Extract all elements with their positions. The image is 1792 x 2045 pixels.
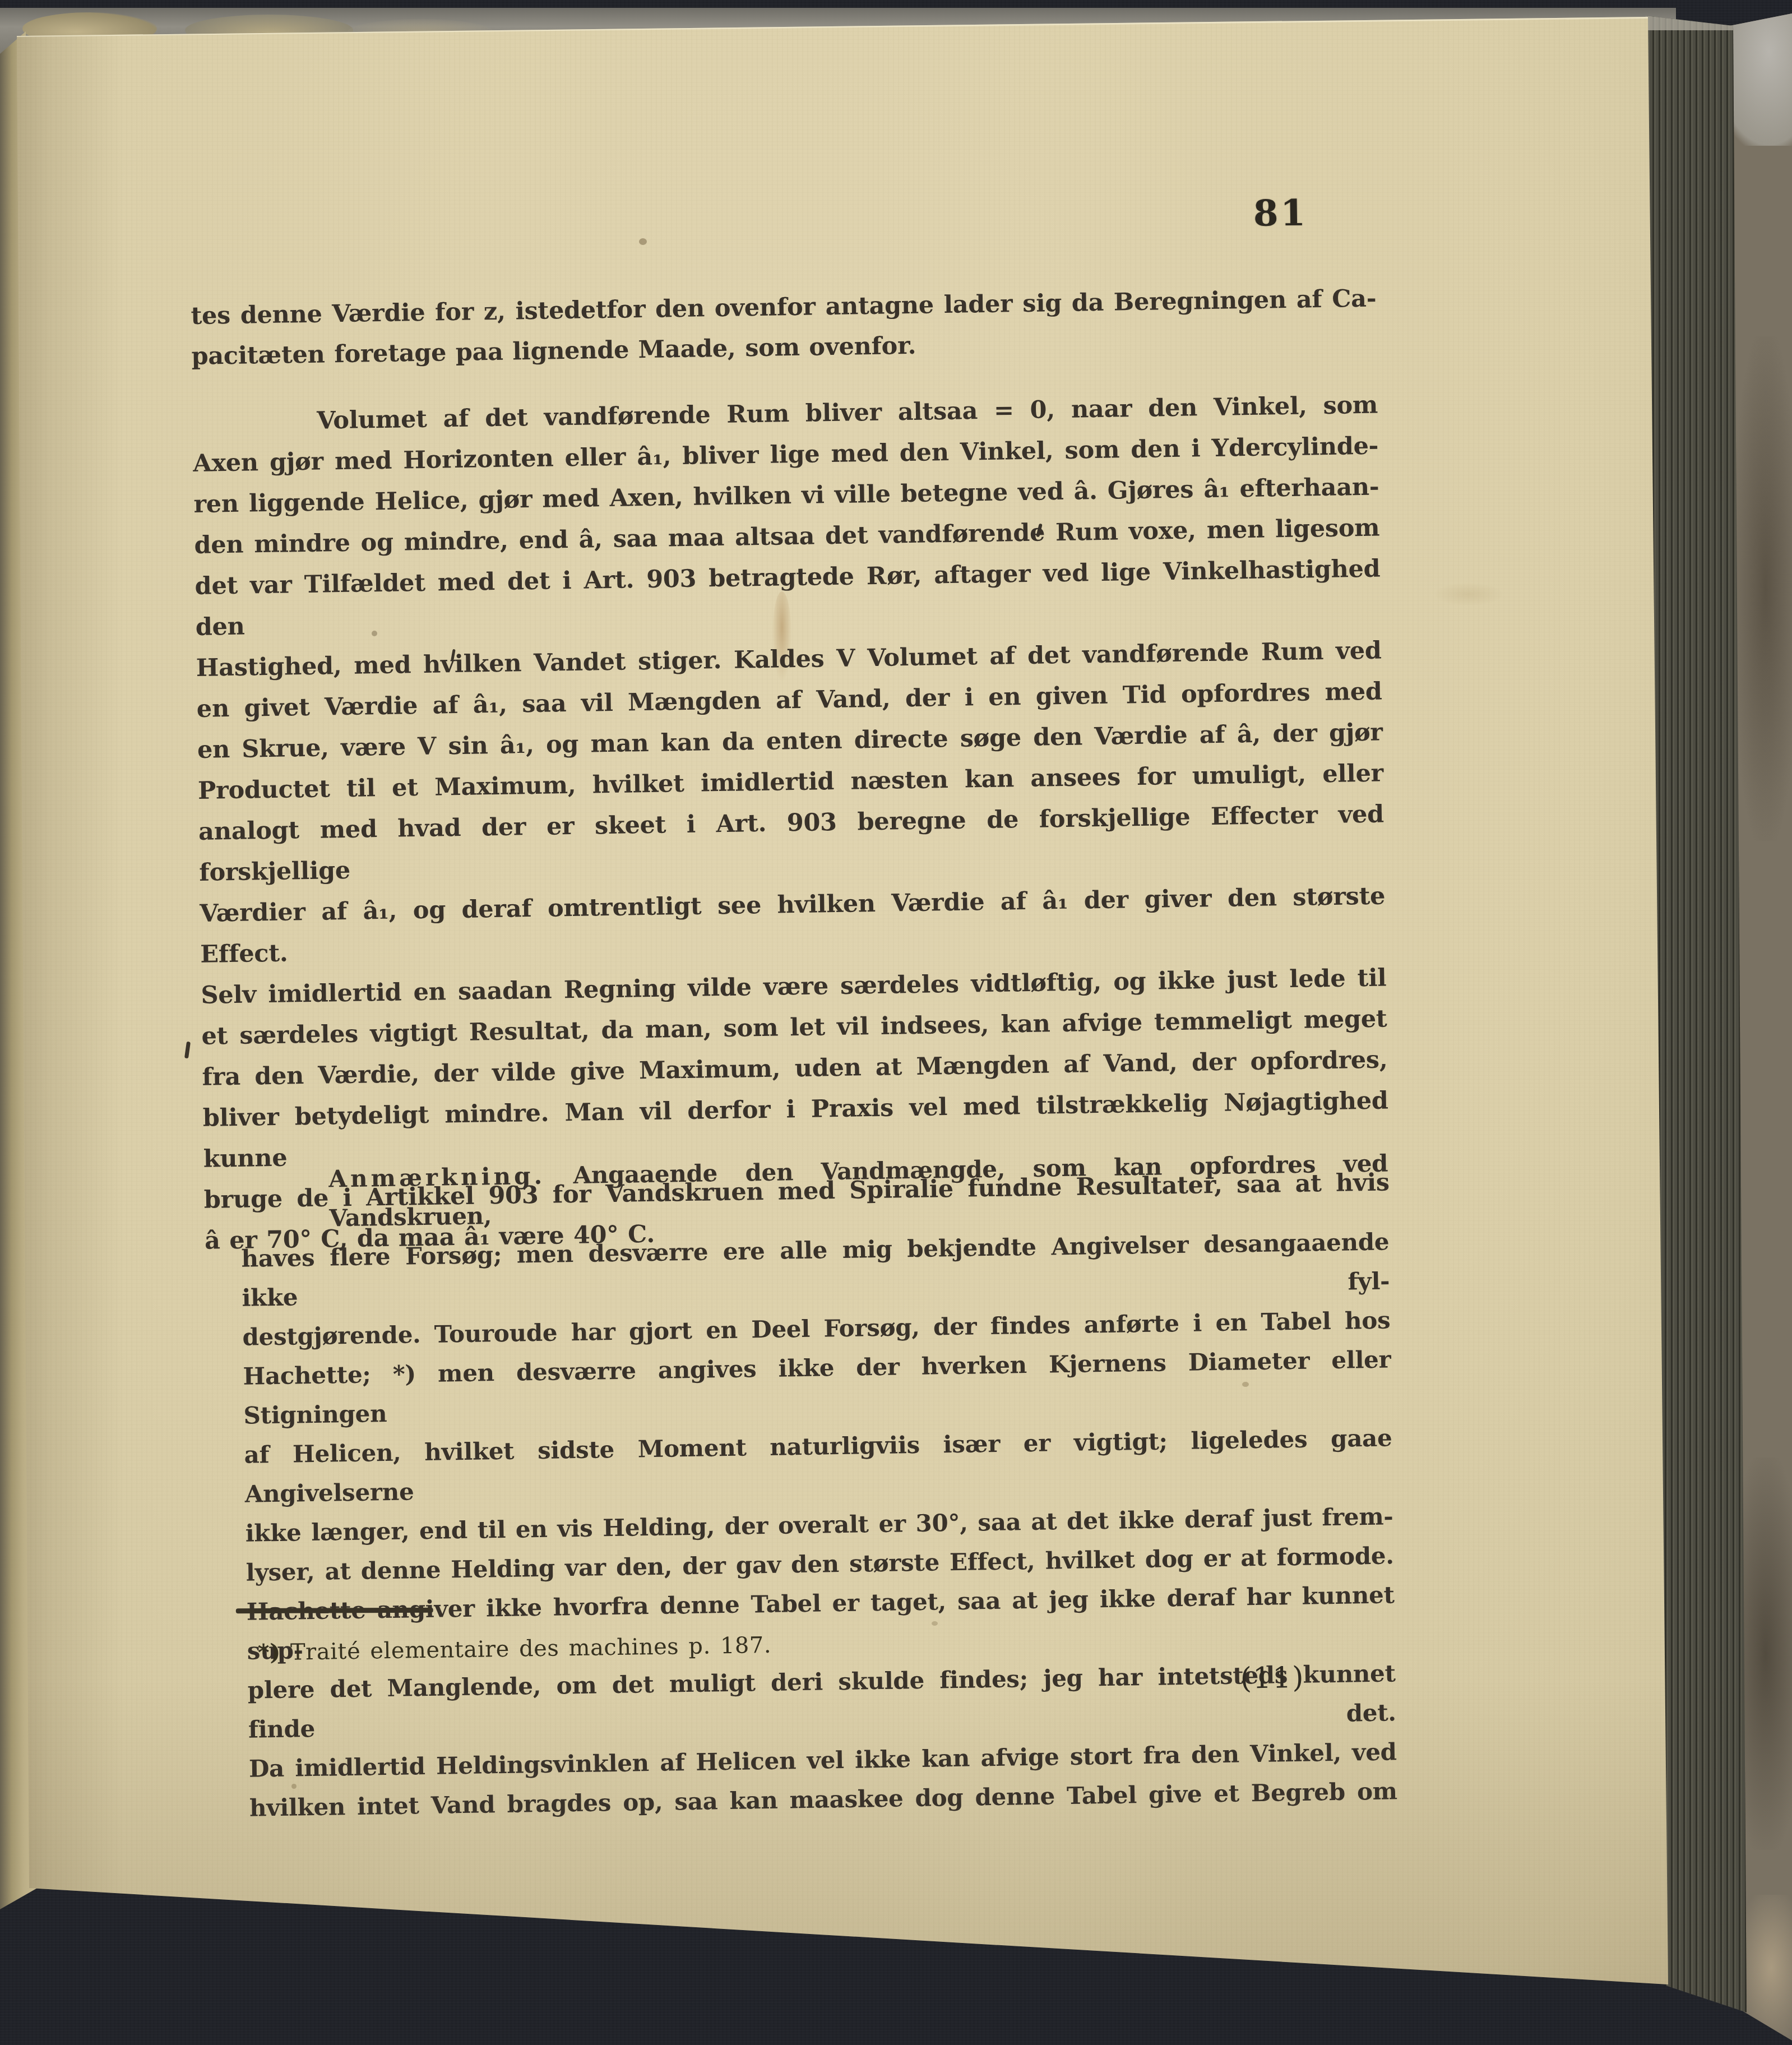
paragraph-remark: Anmærkning. Angaaende den Vandmængde, so… (240, 1144, 1397, 1827)
paragraph-main: Volumet af det vandførende Rum bliver al… (192, 385, 1391, 1262)
remark-heading: Anmærkning. (328, 1162, 545, 1193)
book-scan-photo: 81 tes denne Værdie for z, istedetfor de… (0, 0, 1792, 2045)
footnote-separator (236, 1608, 433, 1614)
remark-first-line-rest: Angaaende den Vandmængde, som kan opford… (329, 1149, 1388, 1232)
sheet-signature: (11) (1240, 1661, 1305, 1696)
page-number: 81 (1253, 192, 1308, 234)
page-text-layer: 81 tes denne Værdie for z, istedetfor de… (0, 0, 1792, 2045)
footnote-marker: *) (258, 1639, 281, 1666)
paragraph-continuation: tes denne Værdie for z, istedetfor den o… (191, 279, 1377, 377)
